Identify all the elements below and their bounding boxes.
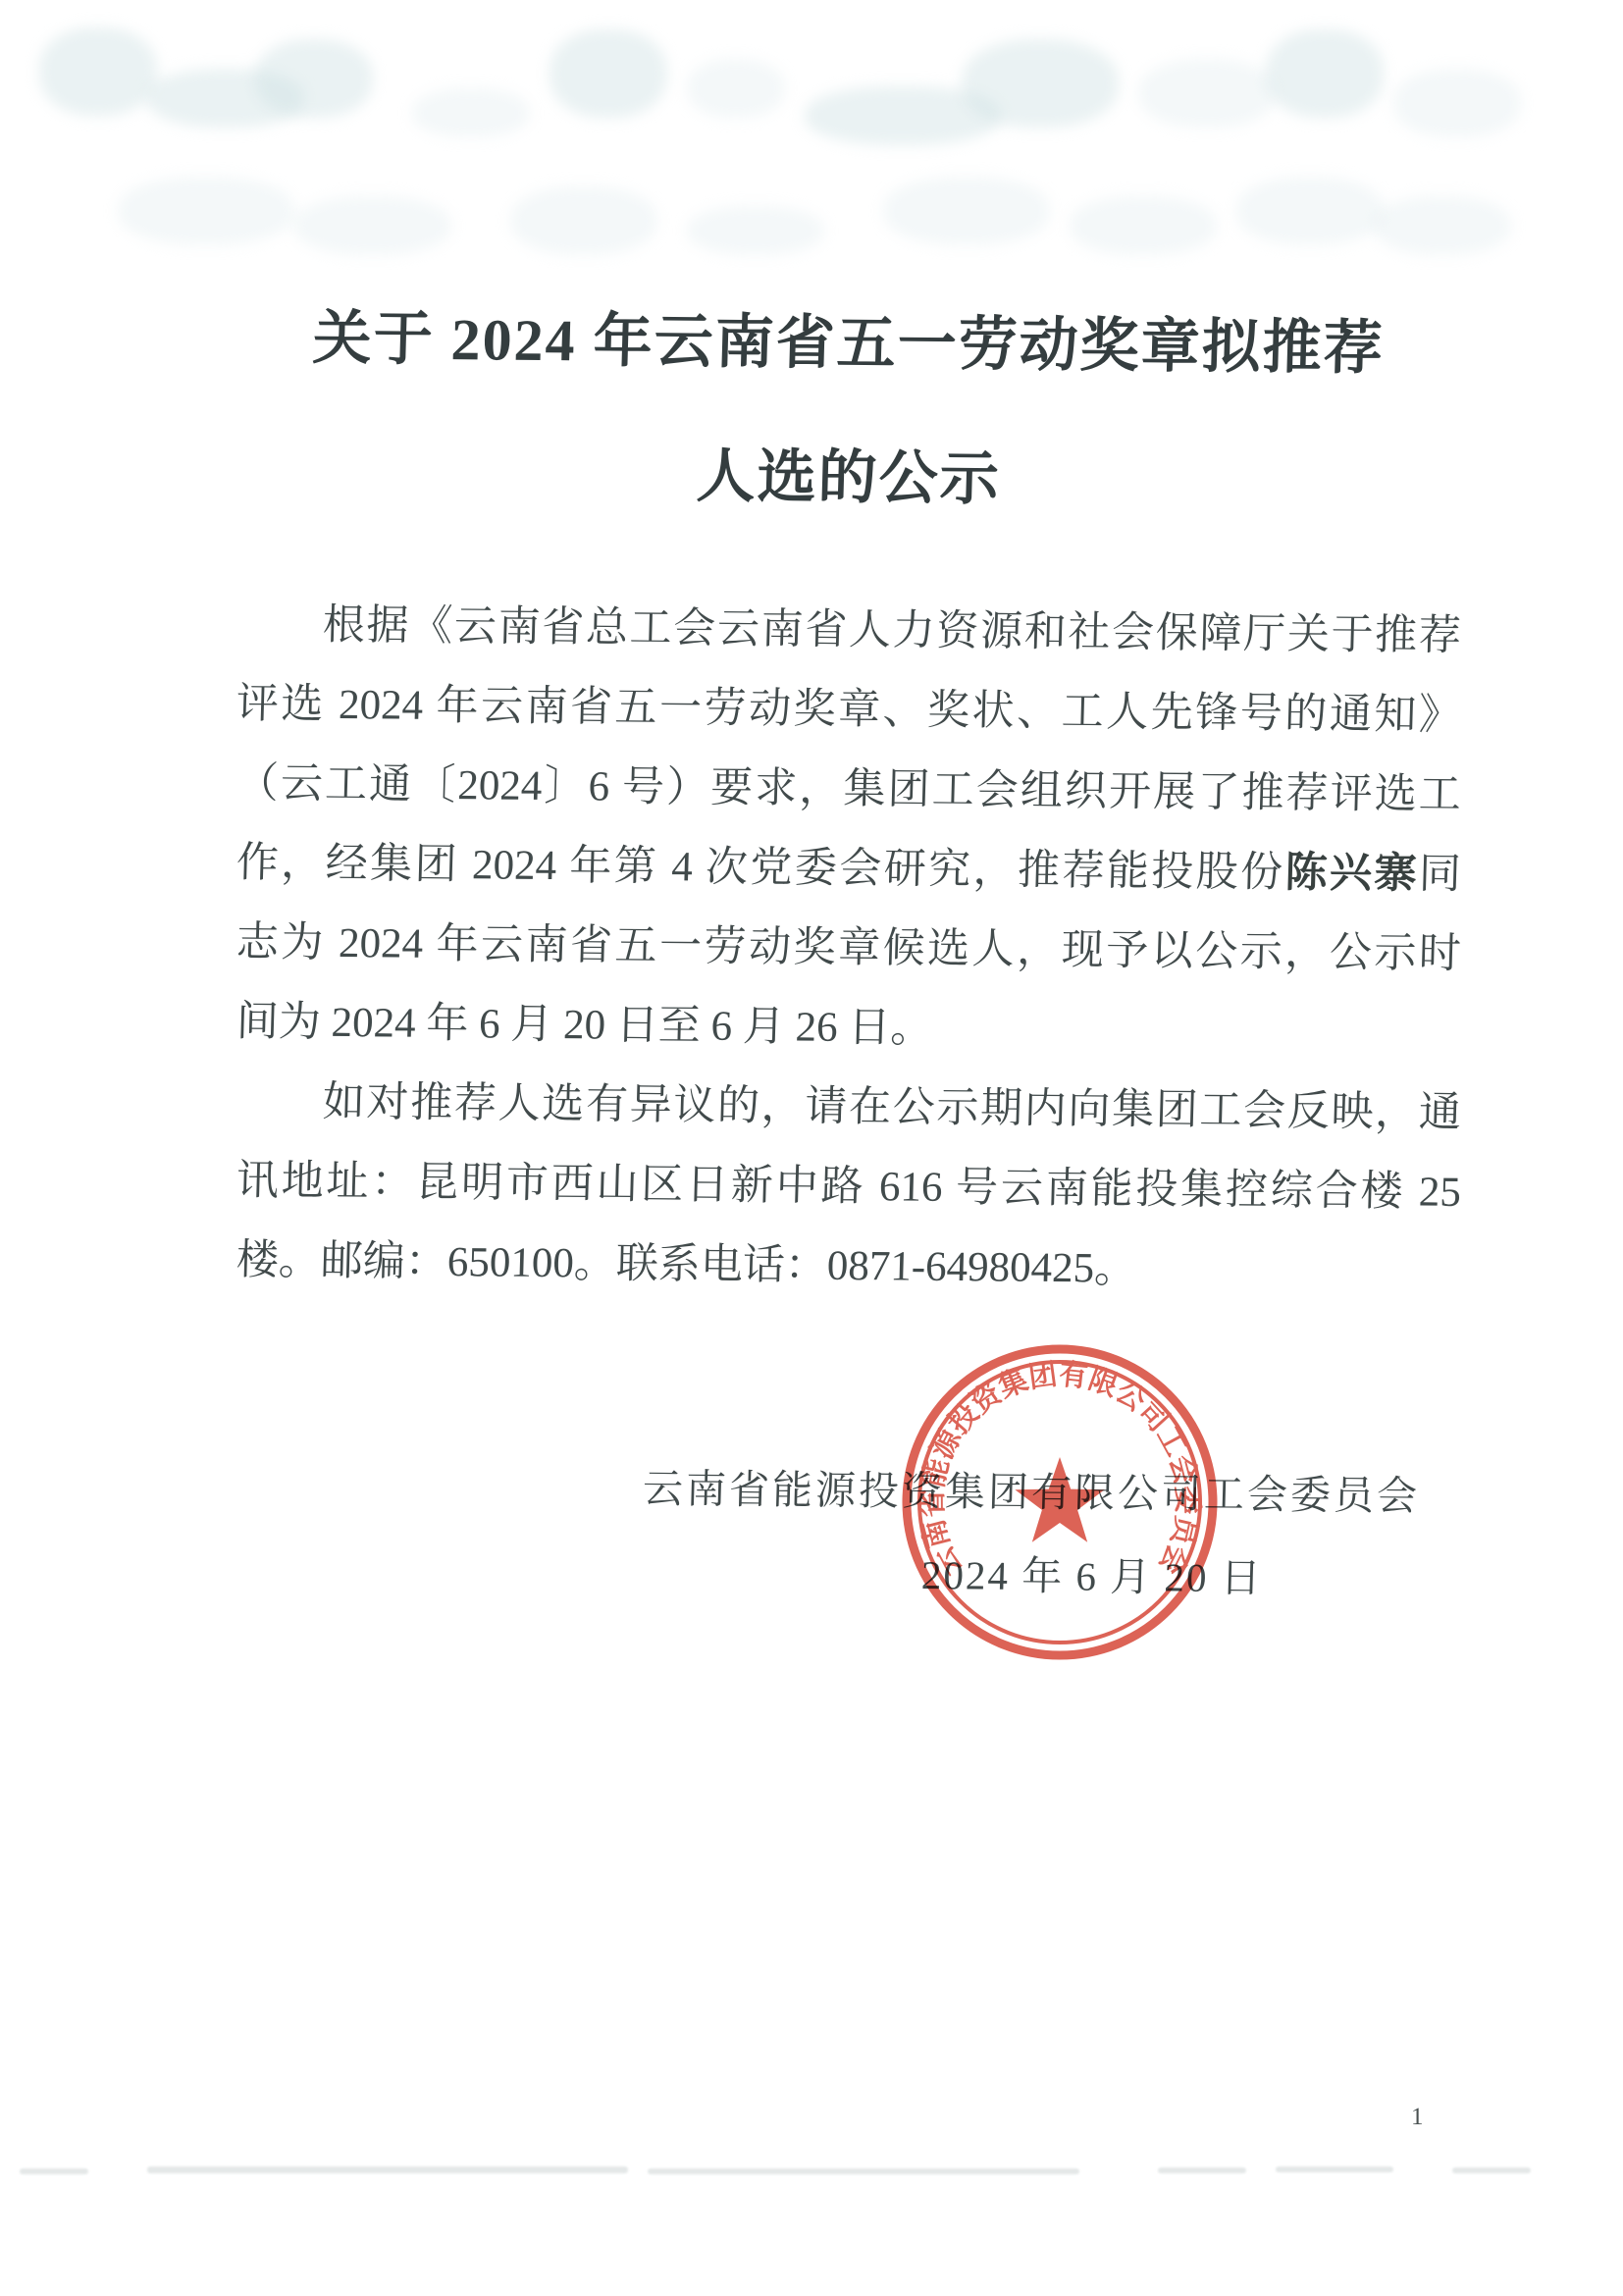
- page-number: 1: [1411, 2104, 1424, 2131]
- body-line-text: （云工通〔2024〕6 号）要求，集团工会组织开展了推荐评选工: [236, 760, 1461, 818]
- body-line-text: 如对推荐人选有异议的，请在公示期内向集团工会反映，通: [322, 1079, 1461, 1136]
- body-line: 如对推荐人选有异议的，请在公示期内向集团工会反映，通: [236, 1062, 1462, 1153]
- scan-dash: [1158, 2167, 1246, 2173]
- noise-blob: [550, 29, 667, 118]
- noise-blob: [1374, 196, 1511, 255]
- body-line: 根据《云南省总工会云南省人力资源和社会保障厅关于推荐: [236, 585, 1462, 676]
- body-line: 楼。邮编：650100。联系电话：0871-64980425。: [236, 1221, 1462, 1312]
- scan-dash: [648, 2168, 1079, 2174]
- body-line: 讯地址：昆明市西山区日新中路 616 号云南能投集控综合楼 25: [236, 1141, 1462, 1232]
- noise-blob: [687, 206, 824, 255]
- body-line-text: 志为 2024 年云南省五一劳动奖章候选人，现予以公示，公示时: [236, 919, 1461, 977]
- document-page: 关于 2024 年云南省五一劳动奖章拟推荐 人选的公示 根据《云南省总工会云南省…: [0, 0, 1623, 2296]
- noise-blob: [962, 39, 1119, 128]
- body-line-text: 间为 2024 年 6 月 20 日至 6 月 26 日。: [236, 999, 933, 1052]
- body-line-text: 作，经集团 2024 年第 4 次党委会研究，推荐能投股份: [236, 840, 1285, 896]
- noise-blob: [1070, 196, 1217, 255]
- scan-dash: [1276, 2166, 1393, 2172]
- noise-blob: [1236, 177, 1384, 245]
- noise-blob: [1138, 59, 1276, 128]
- noise-blob: [510, 186, 657, 255]
- official-seal: 云南省能源投资集团有限公司工会委员会: [893, 1335, 1227, 1669]
- noise-blob: [883, 177, 1050, 245]
- body-line-text: 根据《云南省总工会云南省人力资源和社会保障厅关于推荐: [322, 602, 1461, 659]
- body-text: 根据《云南省总工会云南省人力资源和社会保障厅关于推荐评选 2024 年云南省五一…: [237, 585, 1462, 1300]
- noise-blob: [39, 27, 157, 116]
- scan-dash: [1452, 2167, 1531, 2173]
- scan-dash: [147, 2166, 628, 2173]
- body-line-text: 楼。邮编：650100。联系电话：0871-64980425。: [236, 1237, 1137, 1292]
- body-line-text: 同: [1418, 852, 1461, 898]
- noise-blob: [687, 59, 785, 118]
- noise-blob: [1393, 69, 1521, 137]
- scan-dash: [20, 2168, 88, 2174]
- body-line: 间为 2024 年 6 月 20 日至 6 月 26 日。: [236, 982, 1462, 1073]
- document-title-line-2: 人选的公示: [236, 425, 1462, 521]
- noise-blob: [255, 39, 373, 118]
- body-line: 作，经集团 2024 年第 4 次党委会研究，推荐能投股份陈兴寨同: [236, 823, 1462, 914]
- noise-blob: [412, 88, 530, 137]
- star-icon: [1015, 1457, 1104, 1542]
- document-title-line-1: 关于 2024 年云南省五一劳动奖章拟推荐: [236, 290, 1462, 387]
- candidate-name: 陈兴寨: [1284, 850, 1420, 897]
- body-line-text: 评选 2024 年云南省五一劳动奖章、奖状、工人先锋号的通知》: [236, 681, 1461, 739]
- body-line: 志为 2024 年云南省五一劳动奖章候选人，现予以公示，公示时: [236, 903, 1462, 994]
- noise-blob: [118, 177, 294, 245]
- noise-blob: [1266, 29, 1384, 118]
- noise-blob: [294, 196, 451, 255]
- body-line: （云工通〔2024〕6 号）要求，集团工会组织开展了推荐评选工: [236, 744, 1462, 835]
- body-line: 评选 2024 年云南省五一劳动奖章、奖状、工人先锋号的通知》: [236, 664, 1462, 756]
- body-line-text: 讯地址：昆明市西山区日新中路 616 号云南能投集控综合楼 25: [236, 1158, 1461, 1216]
